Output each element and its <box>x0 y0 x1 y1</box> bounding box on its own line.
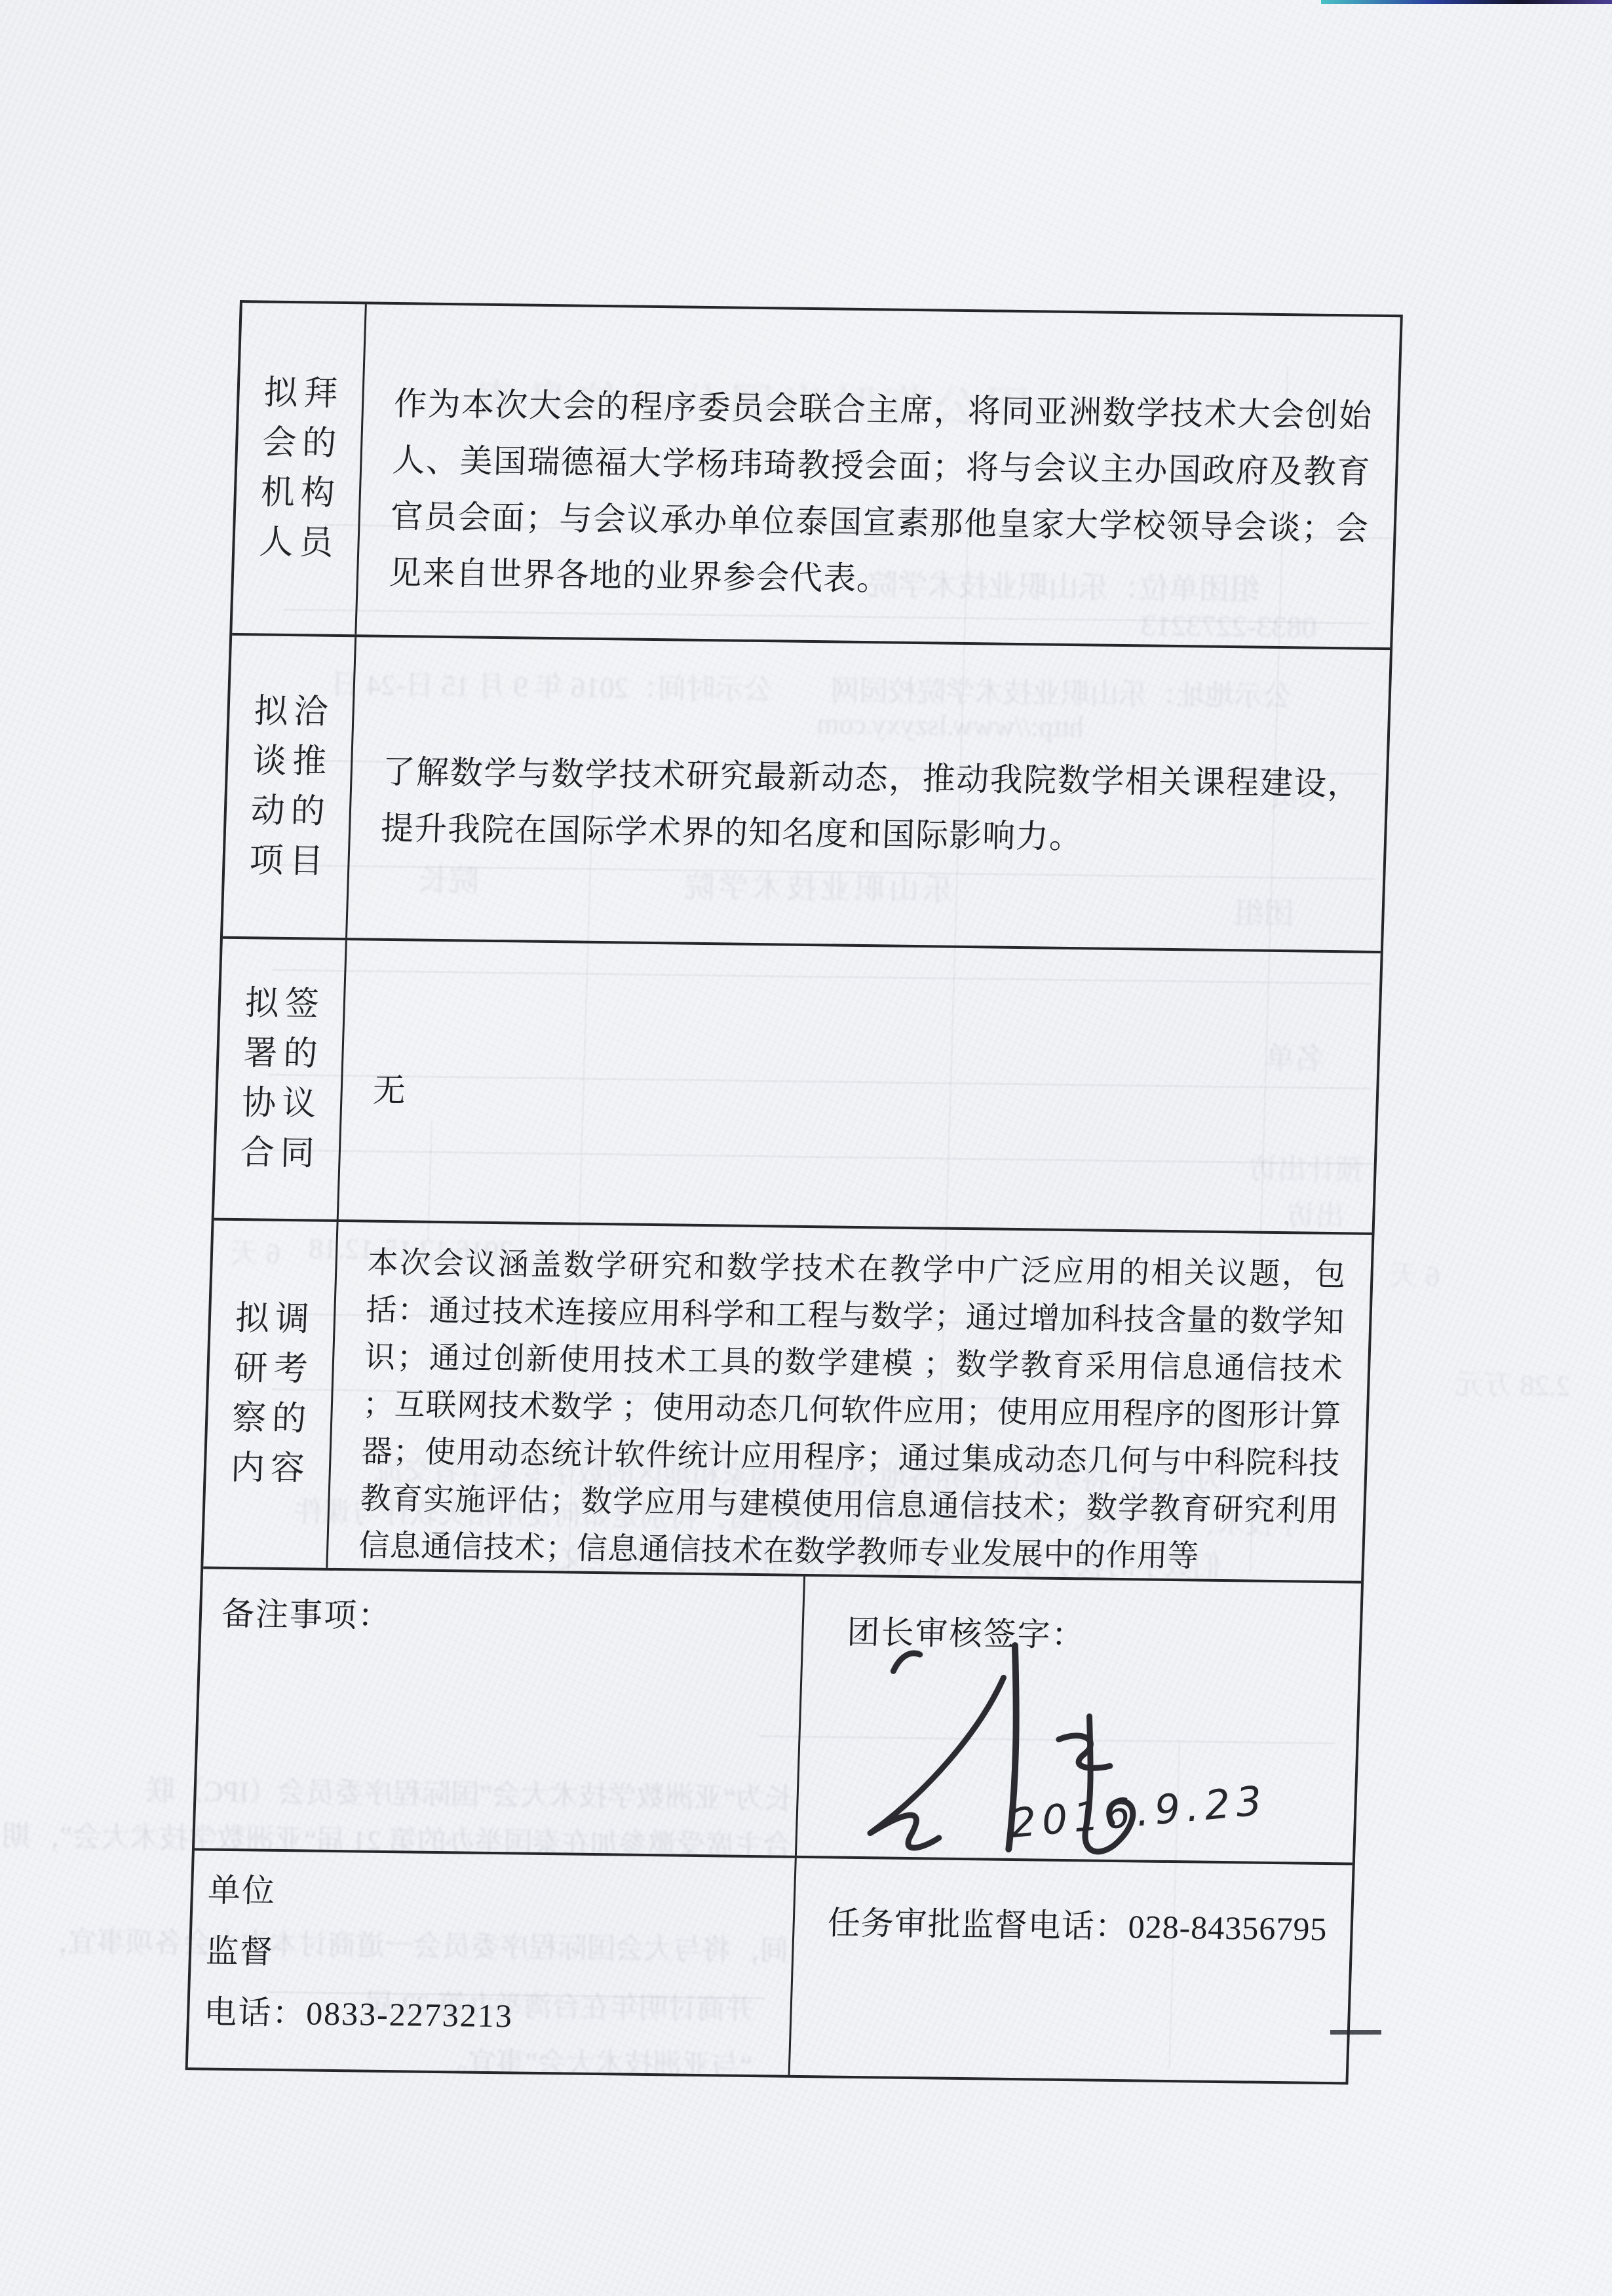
form-table: 拟拜 会的 机构 人员 作为本次大会的程序委员会联合主席，将同亚洲数学技术大会创… <box>185 300 1403 2084</box>
remarks-label: 备注事项： <box>221 1588 393 1637</box>
scanned-approval-form-page: { "colors": { "paper": "#eff1f5", "ink":… <box>0 0 1612 2296</box>
cell-remarks: 备注事项： <box>195 1569 805 1855</box>
unit-phone-line: 监督 <box>205 1921 793 1989</box>
label-line: 人员 <box>252 518 339 569</box>
scanned-sheet: 因公临时出国公示信息表 组团单位：乐山职业技术学院 0833-2273213 公… <box>185 300 1403 2084</box>
label-line: 协议 <box>235 1079 322 1130</box>
row-label-research-topics: 拟调 研考 察的 内容 <box>203 1221 338 1568</box>
row-agreements-to-sign: 拟签 署的 协议 合同 无 <box>214 939 1381 1235</box>
signature-date: 2016.9.23 <box>1009 1777 1269 1847</box>
label-line: 拟拜 <box>257 368 344 419</box>
label-line: 内容 <box>224 1444 311 1495</box>
scanner-edge-artifact <box>1321 0 1612 4</box>
row-projects-to-discuss: 拟洽 谈推 动的 项目 了解数学与数学技术研究最新动态，推动我院数学相关课程建设… <box>223 636 1390 953</box>
signature-stroke <box>1058 1735 1111 1768</box>
label-line: 谈推 <box>246 737 333 788</box>
agreements-to-sign-text: 无 <box>372 1062 1352 1131</box>
cell-agreements-to-sign: 无 <box>339 940 1381 1233</box>
row-supervision-phones: 单位 监督 电话：0833-2273213 任务审批监督电话：028-84356… <box>188 1850 1353 2082</box>
task-phone-text: 任务审批监督电话：028-84356795 <box>827 1896 1328 1950</box>
cell-research-topics: 本次会议涵盖数学研究和数学技术在教学中广泛应用的相关议题，包括：通过技术连接应用… <box>328 1222 1372 1581</box>
bleedthrough-text: 6 天 <box>1389 1252 1441 1294</box>
row-label-organizations-to-meet: 拟拜 会的 机构 人员 <box>232 303 367 634</box>
label-line: 拟签 <box>239 979 326 1030</box>
signature-stroke <box>870 1676 1003 1849</box>
unit-phone-line: 电话：0833-2273213 <box>203 1982 791 2050</box>
unit-phone-line: 单位 <box>207 1860 795 1928</box>
row-label-agreements-to-sign: 拟签 署的 协议 合同 <box>214 939 347 1219</box>
label-line: 合同 <box>234 1128 321 1179</box>
projects-to-discuss-text: 了解数学与数学技术研究最新动态，推动我院数学相关课程建设，提升我院在国际学术界的… <box>380 744 1362 869</box>
row-label-projects-to-discuss: 拟洽 谈推 动的 项目 <box>223 636 356 938</box>
bleedthrough-text: 2.28 万元 <box>1455 1360 1571 1404</box>
label-line: 察的 <box>225 1394 313 1445</box>
row-organizations-to-meet: 拟拜 会的 机构 人员 作为本次大会的程序委员会联合主席，将同亚洲数学技术大会创… <box>232 303 1400 650</box>
organizations-to-meet-text: 作为本次大会的程序委员会联合主席，将同亚洲数学技术大会创始人、美国瑞德福大学杨玮… <box>388 375 1373 613</box>
handwritten-signature: 2016.9.23 <box>797 1577 1361 1863</box>
row-remarks-signature: 备注事项： 团长审核签字： 2016.9.23 <box>195 1569 1361 1865</box>
unit-phone-block: 单位 监督 电话：0833-2273213 <box>189 1850 795 2050</box>
label-line: 动的 <box>244 786 332 837</box>
label-line: 会的 <box>256 418 343 469</box>
cell-leader-signature: 团长审核签字： 2016.9.23 <box>797 1577 1361 1863</box>
label-line: 机构 <box>254 468 341 519</box>
label-line: 项目 <box>242 836 330 887</box>
cell-unit-phone: 单位 监督 电话：0833-2273213 <box>188 1850 797 2075</box>
label-line: 研考 <box>227 1344 314 1395</box>
cell-task-phone: 任务审批监督电话：028-84356795 <box>790 1858 1353 2082</box>
signature-stroke <box>893 1653 919 1672</box>
cell-projects-to-discuss: 了解数学与数学技术研究最新动态，推动我院数学相关课程建设，提升我院在国际学术界的… <box>347 637 1390 951</box>
row-research-topics: 拟调 研考 察的 内容 本次会议涵盖数学研究和数学技术在教学中广泛应用的相关议题… <box>203 1221 1372 1584</box>
label-line: 拟调 <box>229 1294 316 1345</box>
label-line: 署的 <box>237 1029 324 1080</box>
label-line: 拟洽 <box>247 687 334 738</box>
research-topics-text: 本次会议涵盖数学研究和数学技术在教学中广泛应用的相关议题，包括：通过技术连接应用… <box>358 1240 1346 1582</box>
cell-organizations-to-meet: 作为本次大会的程序委员会联合主席，将同亚洲数学技术大会创始人、美国瑞德福大学杨玮… <box>356 304 1400 647</box>
